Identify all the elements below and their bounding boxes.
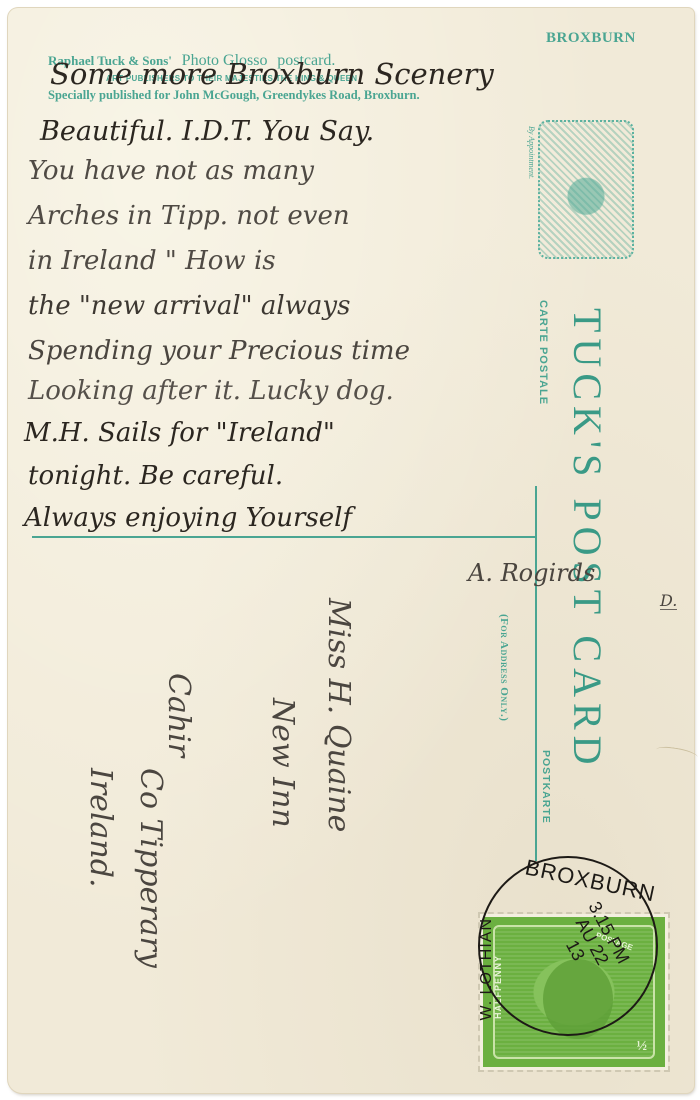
address-line: Miss H. Quaine <box>321 598 356 832</box>
message-line: M.H. Sails for "Ireland" <box>24 420 335 446</box>
message-line: Beautiful. I.D.T. You Say. <box>40 118 374 145</box>
postkarte-label: POSTKARTE <box>540 750 552 824</box>
postmark: BROXBURN W. LOTHIAN 3.15 PM AU 22 13 <box>478 856 658 1036</box>
vertical-divider <box>535 486 537 861</box>
message-line: in Ireland " How is <box>28 248 276 274</box>
signature: A. Rogirds <box>468 561 595 585</box>
message-line: Arches in Tipp. not even <box>28 203 350 229</box>
message-line: tonight. Be careful. <box>28 463 283 489</box>
tucks-post-card-label: TUCK'S POST CARD <box>564 308 611 771</box>
address-line: Ireland. <box>83 768 118 888</box>
stamp-denomination: ½ <box>637 1039 648 1055</box>
carte-postale-label: CARTE POSTALE <box>537 300 549 405</box>
message-line: You have not as many <box>28 158 314 184</box>
horizontal-divider <box>32 536 535 538</box>
postcard: BROXBURN Raphael Tuck & Sons' Photo Glos… <box>8 8 694 1093</box>
place-name-label: BROXBURN <box>546 30 636 47</box>
for-address-only-label: (For Address Only.) <box>498 614 510 721</box>
postmark-datetime: 3.15 PM AU 22 13 <box>551 899 633 985</box>
royal-crest-icon <box>538 120 634 259</box>
signature-initial: D. <box>660 593 677 610</box>
message-line: the "new arrival" always <box>28 293 350 319</box>
crease-mark <box>655 745 698 762</box>
postmark-region: W. LOTHIAN <box>478 918 496 1020</box>
address-line: New Inn <box>265 698 300 828</box>
postmark-town: BROXBURN <box>523 854 658 907</box>
message-line: Always enjoying Yourself <box>24 505 352 531</box>
message-line: Some more Broxburn Scenery <box>50 60 494 89</box>
message-line: Spending your Precious time <box>28 338 410 364</box>
address-line: Cahir <box>161 673 196 757</box>
address-line: Co Tipperary <box>133 768 168 968</box>
message-line: Looking after it. Lucky dog. <box>28 378 394 404</box>
by-appointment-label: By Appointment. <box>527 126 536 179</box>
